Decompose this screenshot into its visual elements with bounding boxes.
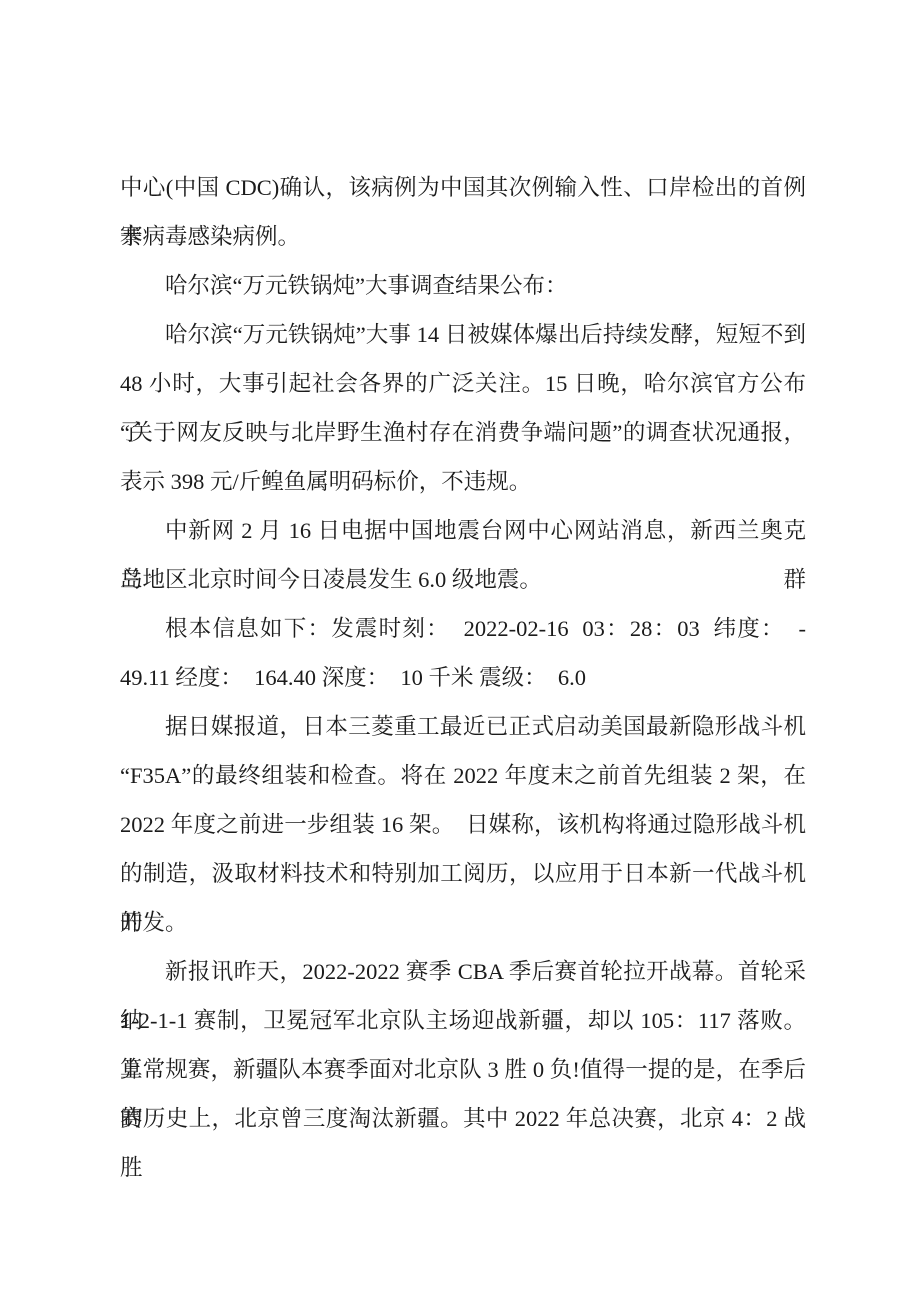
text-line: “关于网友反映与北岸野生渔村存在消费争端问题”的调查状况通报，	[120, 408, 806, 457]
text-line: 据日媒报道，日本三菱重工最近已正式启动美国最新隐形战斗机	[120, 702, 806, 751]
text-line: 中心(中国 CDC)确认，该病例为中国其次例输入性、口岸检出的首例寨	[120, 163, 806, 212]
text-line: 表示 398 元/斤鳇鱼属明码标价，不违规。	[120, 457, 806, 506]
document-page: 中心(中国 CDC)确认，该病例为中国其次例输入性、口岸检出的首例寨卡病毒感染病…	[0, 0, 920, 1302]
text-line: 哈尔滨“万元铁锅炖”大事调查结果公布：	[120, 261, 806, 310]
text-line: 的历史上，北京曾三度淘汰新疆。其中 2022 年总决赛，北京 4：2 战胜	[120, 1094, 806, 1143]
text-line: 开发。	[120, 898, 806, 947]
text-line: 的制造，汲取材料技术和特别加工阅历，以应用于日本新一代战斗机的	[120, 849, 806, 898]
text-line: “F35A”的最终组装和检查。将在 2022 年度末之前首先组装 2 架，在	[120, 751, 806, 800]
text-line: 哈尔滨“万元铁锅炖”大事 14 日被媒体爆出后持续发酵，短短不到	[120, 310, 806, 359]
text-line: 49.11 经度： 164.40 深度： 10 千米 震级： 6.0	[120, 653, 806, 702]
document-text-block: 中心(中国 CDC)确认，该病例为中国其次例输入性、口岸检出的首例寨卡病毒感染病…	[120, 163, 806, 1143]
text-line: 卡病毒感染病例。	[120, 212, 806, 261]
text-line: 2022 年度之前进一步组装 16 架。 日媒称，该机构将通过隐形战斗机	[120, 800, 806, 849]
text-line: 1-2-1-1 赛制，卫冕冠军北京队主场迎战新疆，却以 105：117 落败。算	[120, 996, 806, 1045]
text-line: 根本信息如下：发震时刻： 2022-02-16 03：28：03 纬度： -	[120, 604, 806, 653]
text-line: 中新网 2 月 16 日电据中国地震台网中心网站消息，新西兰奥克兰群	[120, 506, 806, 555]
text-line: 48 小时，大事引起社会各界的广泛关注。15 日晚，哈尔滨官方公布了	[120, 359, 806, 408]
text-line: 上常规赛，新疆队本赛季面对北京队 3 胜 0 负!值得一提的是，在季后赛	[120, 1045, 806, 1094]
text-line: 新报讯昨天，2022-2022 赛季 CBA 季后赛首轮拉开战幕。首轮采纳	[120, 947, 806, 996]
